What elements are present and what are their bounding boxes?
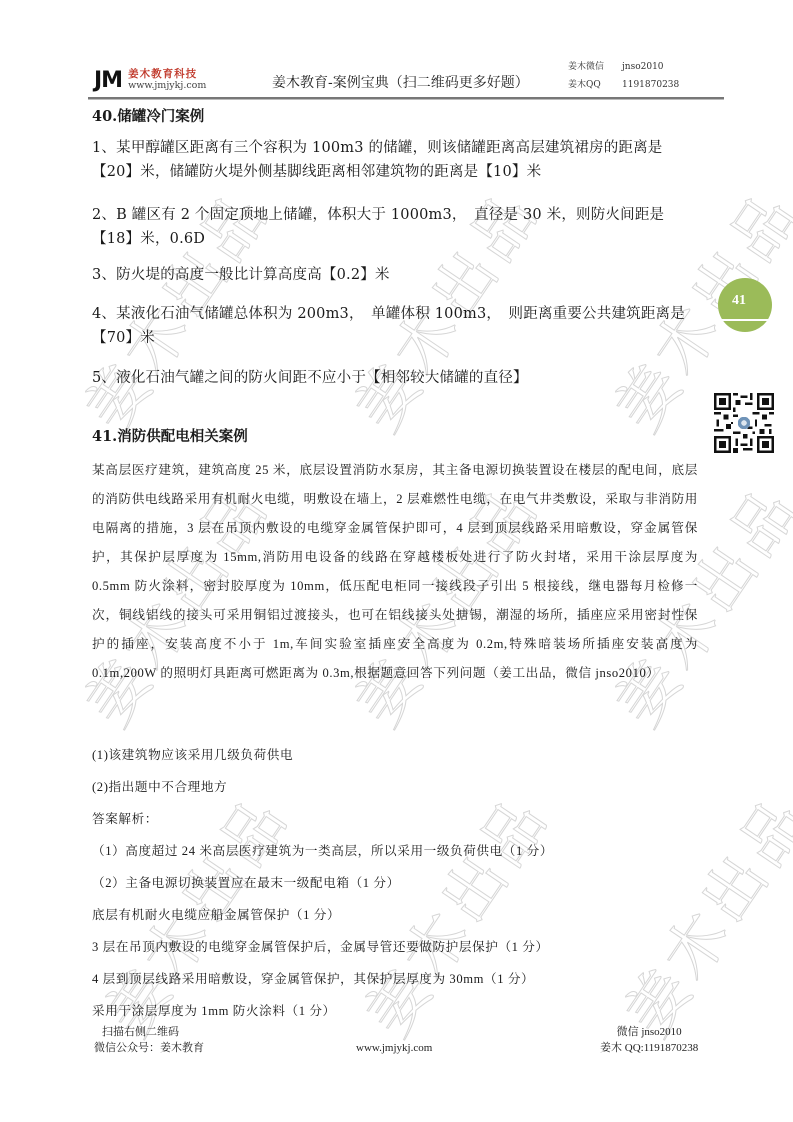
footer-wechat-account: 微信公众号：姜木教育 [94,1040,204,1056]
footer-scan-hint: 扫描右侧二维码 [94,1024,204,1040]
section-title: 40.储罐冷门案例 [92,105,204,126]
badge-divider [718,319,772,321]
answer-line: 底层有机耐火电缆应船金属管保护（1 分） [92,905,340,925]
question-item: 3、防火堤的高度一般比计算高度高【0.2】米 [92,263,698,287]
logo: JM 姜木教育科技 www.jmjykj.com [94,68,206,91]
answer-line: 4 层到顶层线路采用暗敷设，穿金属管保护，其保护层厚度为 30mm（1 分） [92,969,534,989]
header-contact: 姜木微信jnso2010 姜木QQ1191870238 [568,58,679,94]
contact-value: 1191870238 [622,76,679,94]
page-header: JM 姜木教育科技 www.jmjykj.com 姜木教育-案例宝典（扫二维码更… [88,52,724,98]
answer-line: 采用干涂层厚度为 1mm 防火涂料（1 分） [92,1001,336,1021]
question-item: 2、B 罐区有 2 个固定顶地上储罐，体积大于 1000m3， 直径是 30 米… [92,203,698,251]
answer-line: （2）主备电源切换装置应在最末一级配电箱（1 分） [92,873,400,893]
answer-heading: 答案解析： [92,809,158,829]
footer-qq: 姜木 QQ:1191870238 [600,1040,698,1056]
logo-brand-name: 姜木教育科技 [128,68,206,80]
logo-mark: JM [94,71,122,91]
page-number: 41 [732,293,746,309]
contact-label: 姜木微信 [568,58,622,76]
contact-label: 姜木QQ [568,76,622,94]
question-line: (1)该建筑物应该采用几级负荷供电 [92,745,293,765]
footer-website-link[interactable]: www.jmjykj.com [356,1040,432,1056]
question-line: (2)指出题中不合理地方 [92,777,227,797]
document-page: JM 姜木教育科技 www.jmjykj.com 姜木教育-案例宝典（扫二维码更… [0,0,793,1122]
header-divider [88,97,724,100]
question-item: 1、某甲醇罐区距离有三个容积为 100m3 的储罐，则该储罐距离高层建筑裙房的距… [92,136,698,184]
section-title: 41.消防供配电相关案例 [92,425,248,446]
question-item: 4、某液化石油气储罐总体积为 200m3， 单罐体积 100m3， 则距离重要公… [92,302,698,350]
logo-url: www.jmjykj.com [128,80,206,91]
qr-code-icon[interactable] [714,393,774,453]
contact-value: jnso2010 [622,58,664,76]
answer-line: （1）高度超过 24 米高层医疗建筑为一类高层，所以采用一级负荷供电（1 分） [92,841,553,861]
footer-wechat: 微信 jnso2010 [600,1024,698,1040]
case-paragraph: 某高层医疗建筑，建筑高度 25 米，底层设置消防水泵房，其主备电源切换装置设在楼… [92,456,698,688]
header-title: 姜木教育-案例宝典（扫二维码更多好题） [272,72,529,92]
page-number-badge: 41 [718,278,772,332]
answer-line: 3 层在吊顶内敷设的电缆穿金属管保护后，金属导管还要做防护层保护（1 分） [92,937,549,957]
question-item: 5、液化石油气罐之间的防火间距不应小于【相邻较大储罐的直径】 [92,366,698,390]
